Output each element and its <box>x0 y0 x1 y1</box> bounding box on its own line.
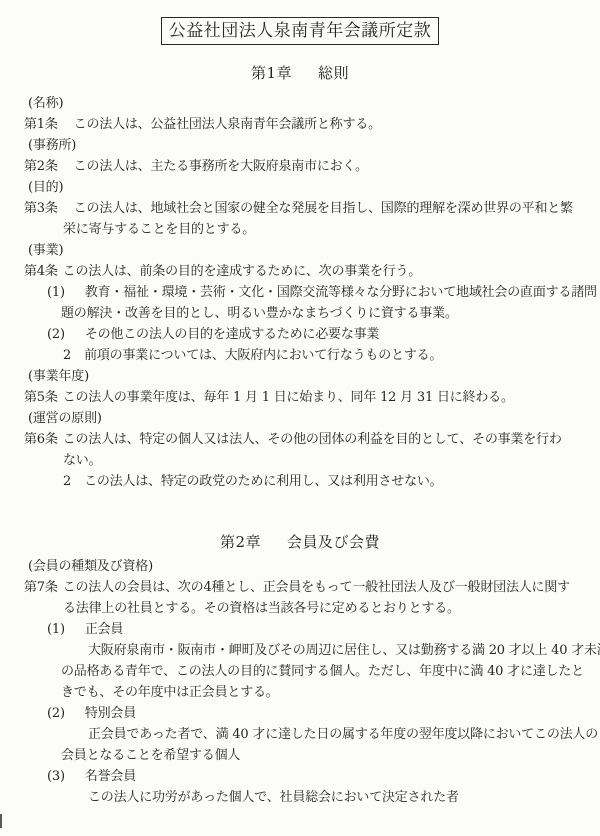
chapter1-body: (名称) 第1条この法人は、公益社団法人泉南青年会議所と称する。 (事務所) 第… <box>0 93 600 492</box>
caption-line: (目的) <box>0 177 600 198</box>
chapter2-body: (会員の種類及び資格) 第7条この法人の会員は、次の4種とし、正会員をもって一般… <box>0 556 600 808</box>
chapter1-number: 第1章 <box>251 64 292 82</box>
paragraph-number: 2 <box>63 474 71 489</box>
document-page: 公益社団法人泉南青年会議所定款 第1章総則 (名称) 第1条この法人は、公益社団… <box>0 0 600 836</box>
paragraph2-line: 2この法人は、特定の政党のために利用し、又は利用させない。 <box>0 471 600 492</box>
article-line: 第3条この法人は、地域社会と国家の健全な発展を目指し、国際的理解を深め世界の平和… <box>0 198 600 219</box>
continuation-line: 栄に寄与することを目的とする。 <box>0 219 600 240</box>
article-line: 第7条この法人の会員は、次の4種とし、正会員をもって一般社団法人及び一般財団法人… <box>0 577 600 598</box>
item-body-line: 正会員であった者で、満 40 才に達した日の属する年度の翌年度以降においてこの法… <box>0 724 600 745</box>
title-row: 公益社団法人泉南青年会議所定款 <box>0 17 600 45</box>
chapter2-number: 第2章 <box>220 533 261 551</box>
article-number: 第5条 <box>24 390 58 405</box>
article-number: 第4条 <box>24 264 58 279</box>
chapter2-heading: 第2章会員及び会費 <box>0 532 600 552</box>
article-number: 第2条 <box>24 159 58 174</box>
item-continuation-line: の品格ある青年で、この法人の目的に賛同する個人。ただし、年度中に満 40 才に達… <box>0 661 600 682</box>
article-number: 第7条 <box>24 580 58 595</box>
scan-artifact <box>0 814 2 828</box>
caption-line: (事務所) <box>0 135 600 156</box>
list-item-line: (2)特別会員 <box>0 703 600 724</box>
caption-line: (事業) <box>0 240 600 261</box>
item-continuation-line: 会員となることを希望する個人 <box>0 745 600 766</box>
chapter1-title: 総則 <box>318 64 349 82</box>
list-item-line: (1)正会員 <box>0 619 600 640</box>
chapter1-heading: 第1章総則 <box>0 63 600 83</box>
caption-line: (運営の原則) <box>0 408 600 429</box>
item-number: (3) <box>47 769 65 784</box>
article-line: 第2条この法人は、主たる事務所を大阪府泉南市におく。 <box>0 156 600 177</box>
article-line: 第1条この法人は、公益社団法人泉南青年会議所と称する。 <box>0 114 600 135</box>
caption-line: (会員の種類及び資格) <box>0 556 600 577</box>
item-number: (2) <box>47 327 65 342</box>
paragraph-number: 2 <box>63 348 71 363</box>
continuation-line: る法律上の社員とする。その資格は当該各号に定めるとおりとする。 <box>0 598 600 619</box>
article-number: 第6条 <box>24 432 58 447</box>
article-number: 第1条 <box>24 117 58 132</box>
list-item-line: (3)名誉会員 <box>0 766 600 787</box>
item-continuation-line: 題の解決・改善を目的とし、明るい豊かなまちづくりに資する事業。 <box>0 303 600 324</box>
item-body-line: この法人に功労があった個人で、社員総会において決定された者 <box>0 787 600 808</box>
item-number: (1) <box>47 622 65 637</box>
item-continuation-line: きでも、その年度中は正会員とする。 <box>0 682 600 703</box>
article-line: 第5条この法人の事業年度は、毎年 1 月 1 日に始まり、同年 12 月 31 … <box>0 387 600 408</box>
article-line: 第4条この法人は、前条の目的を達成するために、次の事業を行う。 <box>0 261 600 282</box>
paragraph2-line: 2前項の事業については、大阪府内において行なうものとする。 <box>0 345 600 366</box>
caption-line: (名称) <box>0 93 600 114</box>
article-number: 第3条 <box>24 201 58 216</box>
item-body-line: 大阪府泉南市・阪南市・岬町及びその周辺に居住し、又は勤務する満 20 才以上 4… <box>0 640 600 661</box>
item-number: (1) <box>47 285 65 300</box>
chapter2-title: 会員及び会費 <box>287 533 380 551</box>
article-line: 第6条この法人は、特定の個人又は法人、その他の団体の利益を目的として、その事業を… <box>0 429 600 450</box>
continuation-line: ない。 <box>0 450 600 471</box>
item-number: (2) <box>47 706 65 721</box>
list-item-line: (2)その他この法人の目的を達成するために必要な事業 <box>0 324 600 345</box>
caption-line: (事業年度) <box>0 366 600 387</box>
list-item-line: (1)教育・福祉・環境・芸術・文化・国際交流等様々な分野において地域社会の直面す… <box>0 282 600 303</box>
page-title: 公益社団法人泉南青年会議所定款 <box>161 17 440 45</box>
